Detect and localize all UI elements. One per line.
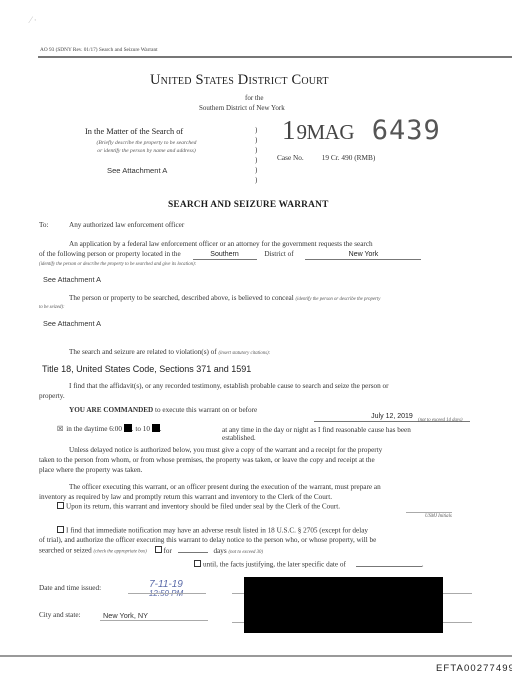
commanded-text: to execute this warrant on or before <box>155 406 257 414</box>
city-label: City and state: <box>39 611 81 619</box>
matter-title: In the Matter of the Search of <box>85 127 183 136</box>
conceal-text: The person or property to be searched, d… <box>69 294 294 302</box>
daytime-text2: . to 10 <box>132 425 150 433</box>
form-id: AO 93 (SDNY Rev. 01/17) Search and Seizu… <box>40 47 158 53</box>
delay-option[interactable]: I find that immediate notification may h… <box>57 526 368 535</box>
daytime-option[interactable]: ☒in the daytime 6:00 . to 10 . <box>57 424 162 433</box>
notice-text1: Unless delayed notice is authorized belo… <box>69 446 382 454</box>
anytime-text2: established. <box>222 434 256 442</box>
matter-value: See Attachment A <box>107 166 167 175</box>
case-no-label: Case No. <box>277 153 304 162</box>
until-checkbox[interactable] <box>194 560 201 567</box>
violation-line: The search and seizure are related to vi… <box>69 348 270 356</box>
matter-hint-line2: or identify the person by name and addre… <box>97 148 195 154</box>
stamp-mag: 9MAG <box>297 120 355 144</box>
bates-number: EFTA00277499 <box>436 663 512 674</box>
notice-text3: place where the property was taken. <box>39 466 142 474</box>
matter-hint: (Briefly describe the property to be sea… <box>79 140 214 155</box>
delay-line3: searched or seized (check the appropriat… <box>39 546 263 555</box>
matter-hint-line1: (Briefly describe the property to be sea… <box>97 140 197 146</box>
days-label: days <box>214 547 227 555</box>
seal-option[interactable]: Upon its return, this warrant and invent… <box>57 502 340 511</box>
until-text: until, the facts justifying, the later s… <box>203 561 346 569</box>
violation-text: The search and seizure are related to vi… <box>69 348 217 356</box>
district-field: Southern <box>193 250 257 260</box>
application-text2: of the following person or property loca… <box>39 250 181 258</box>
delay-text3: searched or seized <box>39 547 92 555</box>
caption-paren: ) <box>255 176 257 184</box>
case-number: Case No.19 Cr. 490 (RMB) <box>277 153 375 162</box>
conceal-value: See Attachment A <box>43 319 101 328</box>
caption-paren: ) <box>255 126 257 134</box>
scan-mark: ⁄ · <box>30 15 37 25</box>
delay-hint: (check the appropriate box) <box>93 550 146 555</box>
caption-paren: ) <box>255 146 257 154</box>
issued-label: Date and time issued: <box>39 584 101 592</box>
notice-text2: taken to the person from whom, or from w… <box>39 456 375 464</box>
caption-paren: ) <box>255 166 257 174</box>
application-text: An application by a federal law enforcem… <box>69 240 373 248</box>
conceal-hint: (identify the person or describe the pro… <box>296 297 381 302</box>
anytime-option[interactable]: at any time in the day or night as I fin… <box>222 426 411 442</box>
court-for-the: for the <box>245 94 263 102</box>
commanded-bold: YOU ARE COMMANDED <box>69 406 153 414</box>
stamp-prefix: 1 <box>282 115 297 145</box>
officer-text1: The officer executing this warrant, or a… <box>69 483 381 491</box>
until-date-field[interactable] <box>356 566 422 567</box>
days-option[interactable]: for days (not to exceed 30) <box>155 547 263 555</box>
days-hint: (not to exceed 30) <box>228 550 263 555</box>
seal-checkbox[interactable] <box>57 502 64 509</box>
daytime-text3: . <box>160 425 162 433</box>
officer-text2: inventory as required by law and promptl… <box>39 493 332 501</box>
application-line2: of the following person or property loca… <box>39 250 421 260</box>
checked-box-icon[interactable]: ☒ <box>57 426 63 433</box>
seal-text: Upon its return, this warrant and invent… <box>66 503 340 511</box>
for-label: for <box>164 547 172 555</box>
until-option[interactable]: until, the facts justifying, the later s… <box>194 560 424 569</box>
redaction-block <box>152 424 160 432</box>
days-field[interactable] <box>178 552 208 553</box>
city-line <box>100 620 208 621</box>
conceal-hint2: to be seized): <box>39 305 65 310</box>
issued-handwriting: 7-11-19 12:50 PM <box>142 580 190 598</box>
affidavit-text1: I find that the affidavit(s), or any rec… <box>69 382 389 390</box>
commanded-line: YOU ARE COMMANDED to execute this warran… <box>69 406 257 414</box>
issued-date: 7-11-19 <box>142 580 190 589</box>
issued-line <box>128 593 206 594</box>
city-value: New York, NY <box>103 611 148 620</box>
to-value: Any authorized law enforcement officer <box>69 221 184 229</box>
caption-paren: ) <box>255 156 257 164</box>
execute-hint: (not to exceed 14 days) <box>418 418 463 423</box>
header-rule <box>38 56 512 58</box>
caption-paren: ) <box>255 136 257 144</box>
days-checkbox[interactable] <box>155 546 162 553</box>
statute-value: Title 18, United States Code, Sections 3… <box>42 364 251 374</box>
warrant-title: SEARCH AND SEIZURE WARRANT <box>168 200 329 210</box>
footer-rule <box>0 655 512 657</box>
district-of-label: District of <box>264 250 293 258</box>
delay-text2: of trial), and authorize the officer exe… <box>39 536 376 544</box>
identify-hint: (identify the person or describe the pro… <box>39 262 196 267</box>
case-no-value: 19 Cr. 490 (RMB) <box>322 153 376 162</box>
redaction-block <box>244 577 443 633</box>
anytime-text1: at any time in the day or night as I fin… <box>222 426 411 434</box>
affidavit-text2: property. <box>39 392 65 400</box>
initials-line[interactable] <box>406 512 452 513</box>
docket-stamp: 19MAG 6439 <box>282 115 441 146</box>
conceal-line: The person or property to be searched, d… <box>69 294 380 302</box>
court-district: Southern District of New York <box>199 104 285 112</box>
state-field: New York <box>305 250 421 260</box>
property-value: See Attachment A <box>43 275 101 284</box>
to-label: To: <box>39 221 48 229</box>
court-title: United States District Court <box>150 72 329 89</box>
redaction-block <box>124 424 132 432</box>
delay-checkbox[interactable] <box>57 526 64 533</box>
daytime-text1: in the daytime 6:00 <box>66 425 122 433</box>
delay-text1: I find that immediate notification may h… <box>66 527 368 535</box>
violation-hint: (insert statutory citations): <box>218 351 270 356</box>
initials-label: USMJ Initials <box>425 514 452 519</box>
stamp-number: 6439 <box>372 115 441 146</box>
